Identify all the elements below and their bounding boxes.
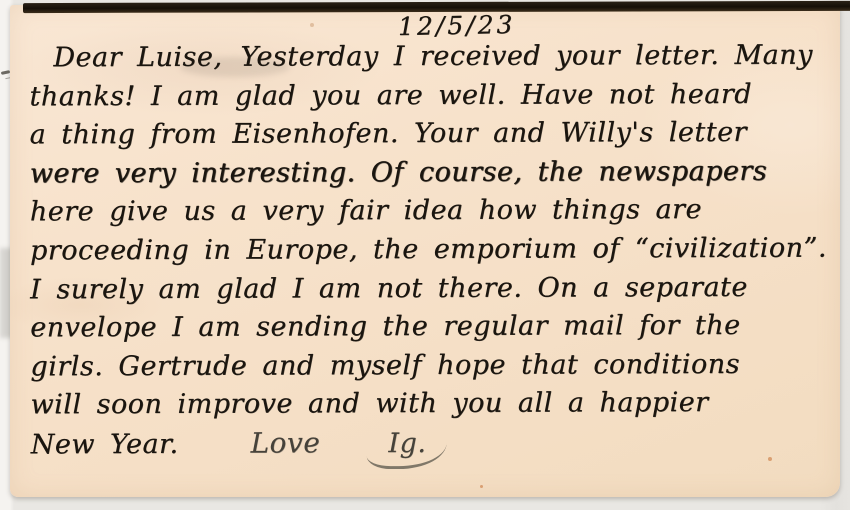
postcard: 12/5/23 Dear Luise,Yesterday I received … <box>10 5 840 497</box>
letter-line: were very interesting. Of course, the ne… <box>30 152 825 193</box>
letter-line: a thing from Eisenhofen. Your and Willy'… <box>30 114 825 155</box>
stain-speck <box>480 485 483 488</box>
valediction: Love <box>250 424 320 463</box>
letter-line: will soon improve and with you all a hap… <box>30 384 825 425</box>
letter-body: Dear Luise,Yesterday I received your let… <box>29 37 825 470</box>
letter-line: Dear Luise,Yesterday I received your let… <box>29 37 824 78</box>
signature-initials: Ig. <box>366 425 446 469</box>
stain-speck <box>310 23 314 27</box>
letter-line: I surely am glad I am not there. On a se… <box>30 268 825 309</box>
closing-line: New Year. Love Ig. <box>31 423 826 470</box>
letter-line: proceeding in Europe, the emporium of “c… <box>30 230 825 271</box>
letter-date: 12/5/23 <box>398 10 516 41</box>
salutation: Dear Luise, <box>53 42 222 74</box>
closing-text: New Year. <box>31 426 179 465</box>
letter-line-text: Yesterday I received your letter. Many <box>240 40 813 73</box>
letter-line: thanks! I am glad you are well. Have not… <box>29 75 824 116</box>
letter-line: girls. Gertrude and myself hope that con… <box>30 345 825 386</box>
letter-line: envelope I am sending the regular mail f… <box>30 307 825 348</box>
scan-artifact-mark <box>1 70 10 75</box>
letter-line: here give us a very fair idea how things… <box>30 191 825 232</box>
postcard-scan: 12/5/23 Dear Luise,Yesterday I received … <box>0 0 850 510</box>
